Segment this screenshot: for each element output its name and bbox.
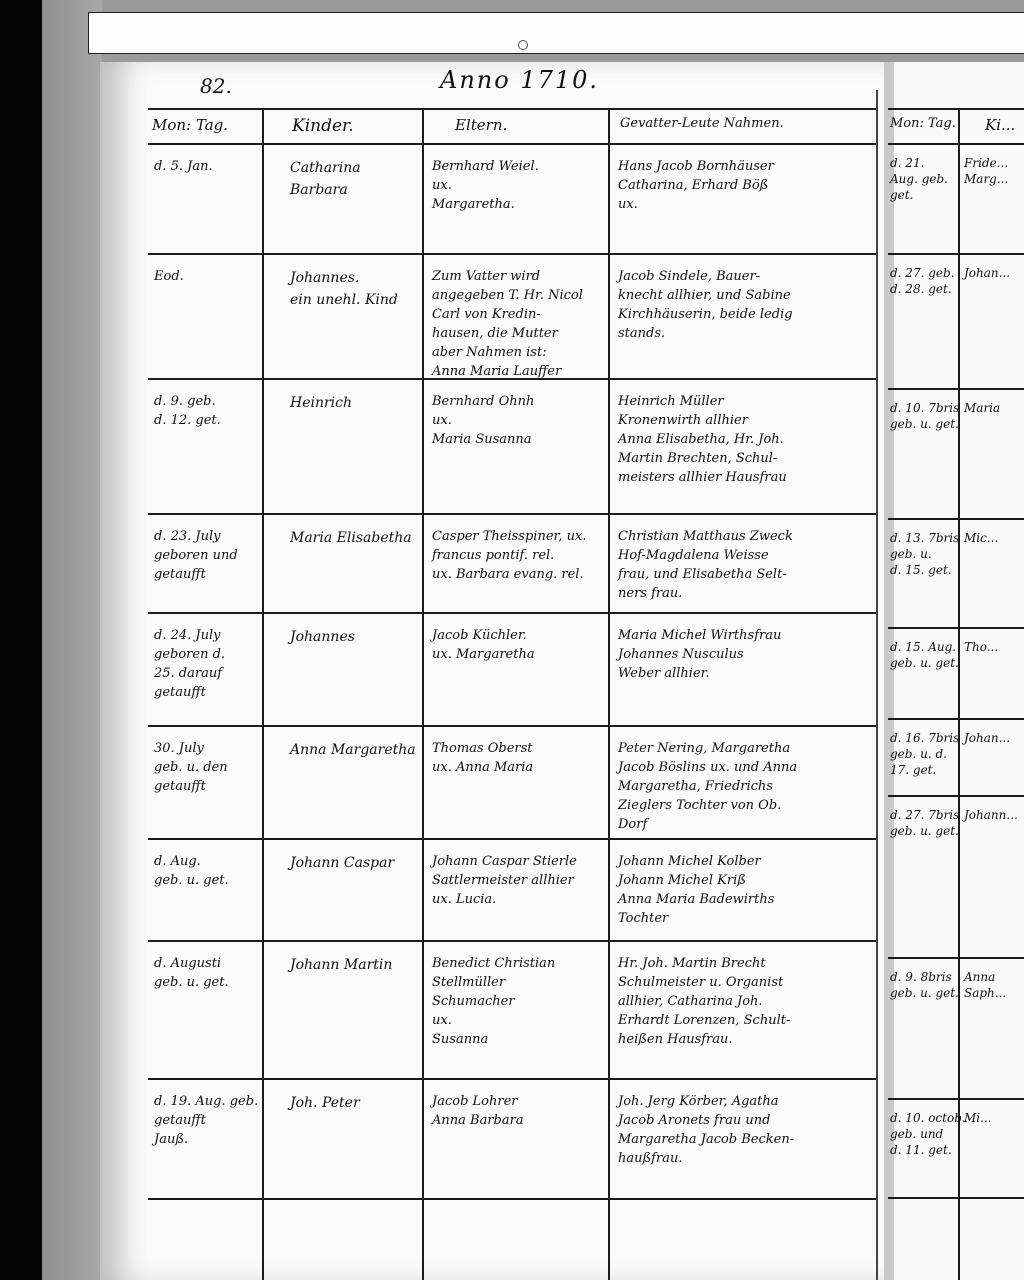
entry-godparents: Christian Matthaus Zweck Hof-Magdalena W…	[618, 527, 793, 603]
entry-date: 30. July geb. u. den getaufft	[154, 739, 228, 796]
row-rule	[148, 612, 876, 614]
next-page-entry-child: Johan...	[964, 265, 1010, 281]
entry-child: Catharina Barbara	[290, 157, 361, 201]
next-page-entry-child: Johann...	[964, 807, 1018, 823]
entry-child: Maria Elisabetha	[290, 527, 412, 549]
entry-date: d. Augusti geb. u. get.	[154, 954, 229, 992]
next-page-entry-date: d. 10. 7bris geb. u. get.	[890, 400, 959, 432]
entry-date: Eod.	[154, 267, 184, 286]
row-rule	[148, 108, 876, 110]
next-page-entry-date: d. 15. Aug. geb. u. get.	[890, 639, 959, 671]
entry-date: d. 24. July geboren d. 25. darauf getauf…	[154, 626, 225, 702]
entry-child: Anna Margaretha	[290, 739, 416, 761]
column-rule	[262, 108, 264, 1280]
next-page-entry-date: d. 27. geb. d. 28. get.	[890, 265, 955, 297]
scanner-edge	[0, 0, 42, 1280]
entry-parents: Thomas Oberst ux. Anna Maria	[432, 739, 533, 777]
page-edge-rule	[876, 90, 878, 1280]
next-page-entry-child: Anna Saph...	[964, 969, 1006, 1001]
entry-date: d. Aug. geb. u. get.	[154, 852, 229, 890]
next-page-row-rule	[888, 718, 1024, 720]
entry-godparents: Heinrich Müller Kronenwirth allhier Anna…	[618, 392, 787, 487]
next-page-column-rule	[958, 108, 960, 1280]
entry-godparents: Hr. Joh. Martin Brecht Schulmeister u. O…	[618, 954, 790, 1049]
column-rule	[422, 108, 424, 1280]
column-header-godparents: Gevatter-Leute Nahmen.	[620, 116, 784, 131]
entry-godparents: Hans Jacob Bornhäuser Catharina, Erhard …	[618, 157, 774, 214]
entry-parents: Jacob Lohrer Anna Barbara	[432, 1092, 524, 1130]
next-page-entry-date: d. 10. octob. geb. und d. 11. get.	[890, 1110, 966, 1158]
row-rule	[148, 513, 876, 515]
next-page-entry-child: Maria	[964, 400, 1000, 416]
next-page-row-rule	[888, 1197, 1024, 1199]
entry-godparents: Jacob Sindele, Bauer- knecht allhier, un…	[618, 267, 793, 343]
next-page-entry-child: Mic...	[964, 530, 998, 546]
next-page-row-rule	[888, 108, 1024, 110]
next-page-entry-child: Johan...	[964, 730, 1010, 746]
row-rule	[148, 1198, 876, 1200]
next-page-entry-child: Mi...	[964, 1110, 992, 1126]
entry-godparents: Peter Nering, Margaretha Jacob Böslins u…	[618, 739, 797, 834]
next-page-header-date: Mon: Tag.	[890, 116, 956, 131]
next-page-entry-date: d. 21. Aug. geb. get.	[890, 155, 948, 203]
entry-child: Johann Caspar	[290, 852, 394, 874]
row-rule	[148, 838, 876, 840]
entry-child: Johannes	[290, 626, 355, 648]
entry-child: Johannes. ein unehl. Kind	[290, 267, 398, 311]
page-number: 82.	[200, 74, 232, 98]
next-page-row-rule	[888, 957, 1024, 959]
entry-date: d. 23. July geboren und getaufft	[154, 527, 238, 584]
next-page-row-rule	[888, 627, 1024, 629]
row-rule	[148, 253, 876, 255]
entry-godparents: Joh. Jerg Körber, Agatha Jacob Aronets f…	[618, 1092, 794, 1168]
column-header-children: Kinder.	[292, 116, 354, 136]
next-page-row-rule	[888, 1098, 1024, 1100]
entry-date: d. 19. Aug. geb. getaufft Jauß.	[154, 1092, 258, 1149]
row-rule	[148, 725, 876, 727]
entry-parents: Casper Theisspiner, ux. francus pontif. …	[432, 527, 586, 584]
entry-parents: Jacob Küchler. ux. Margaretha	[432, 626, 535, 664]
next-page-header-children: Ki...	[985, 116, 1015, 134]
next-page-entry-date: d. 16. 7bris geb. u. d. 17. get.	[890, 730, 959, 778]
next-page-row-rule	[888, 795, 1024, 797]
scanner-background	[42, 0, 102, 1280]
entry-parents: Zum Vatter wird angegeben T. Hr. Nicol C…	[432, 267, 583, 381]
entry-child: Joh. Peter	[290, 1092, 360, 1114]
entry-child: Heinrich	[290, 392, 352, 414]
next-page-entry-child: Tho...	[964, 639, 998, 655]
next-page-row-rule	[888, 388, 1024, 390]
column-header-date: Mon: Tag.	[152, 116, 228, 134]
entry-parents: Johann Caspar Stierle Sattlermeister all…	[432, 852, 577, 909]
next-page-entry-date: d. 13. 7bris geb. u. d. 15. get.	[890, 530, 959, 578]
next-page-entry-date: d. 9. 8bris geb. u. get.	[890, 969, 959, 1001]
next-page-row-rule	[888, 143, 1024, 145]
row-rule	[148, 143, 876, 145]
paper-slip	[88, 12, 1024, 54]
next-page-entry-date: d. 27. 7bris geb. u. get.	[890, 807, 959, 839]
entry-godparents: Maria Michel Wirthsfrau Johannes Nusculu…	[618, 626, 781, 683]
entry-date: d. 9. geb. d. 12. get.	[154, 392, 221, 430]
column-rule	[608, 108, 610, 1280]
entry-child: Johann Martin	[290, 954, 392, 976]
entry-godparents: Johann Michel Kolber Johann Michel Kriß …	[618, 852, 774, 928]
row-rule	[148, 940, 876, 942]
next-page-entry-child: Fride... Marg...	[964, 155, 1008, 187]
entry-date: d. 5. Jan.	[154, 157, 213, 176]
next-page-row-rule	[888, 253, 1024, 255]
next-page-row-rule	[888, 518, 1024, 520]
entry-parents: Benedict Christian Stellmüller Schumache…	[432, 954, 555, 1049]
row-rule	[148, 1078, 876, 1080]
entry-parents: Bernhard Weiel. ux. Margaretha.	[432, 157, 539, 214]
ink-blot	[518, 40, 528, 50]
year-heading: Anno 1710.	[440, 66, 599, 94]
column-header-parents: Eltern.	[455, 116, 507, 134]
entry-parents: Bernhard Ohnh ux. Maria Susanna	[432, 392, 534, 449]
